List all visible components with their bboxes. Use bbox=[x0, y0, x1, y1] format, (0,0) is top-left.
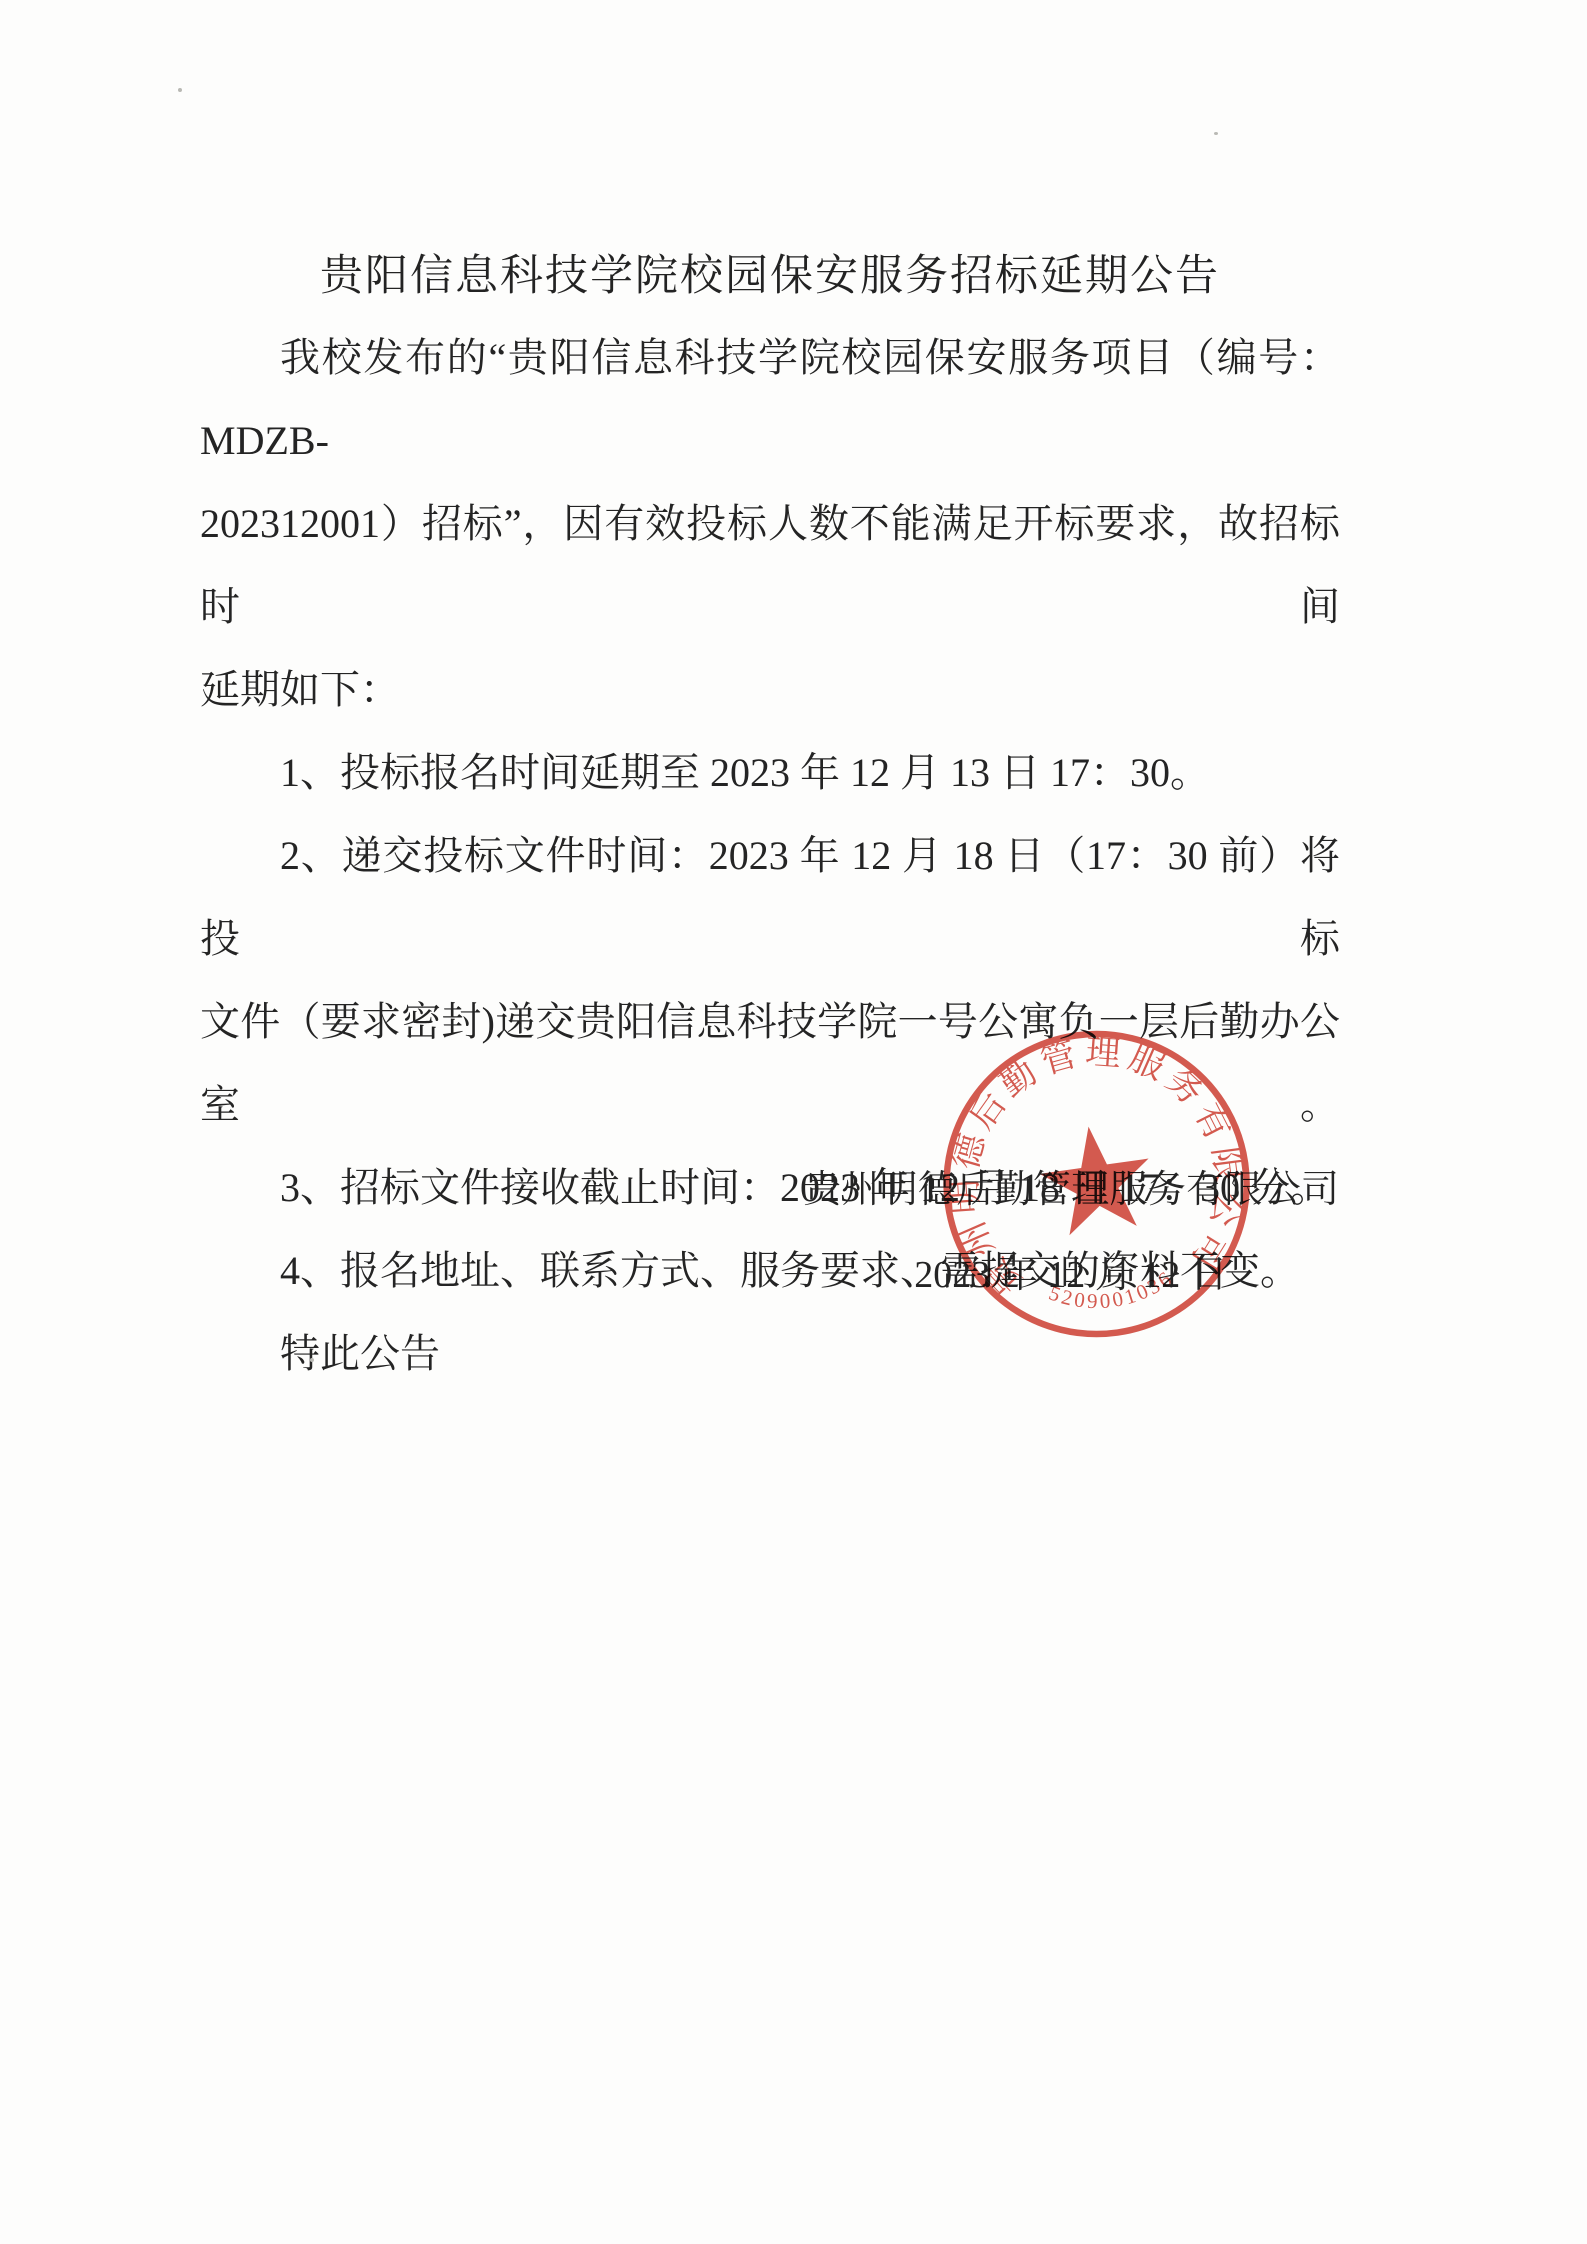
scan-speck bbox=[310, 1358, 314, 1362]
star-icon bbox=[1034, 1119, 1158, 1238]
body-line: 202312001）招标”，因有效投标人数不能满足开标要求，故招标时间 bbox=[200, 482, 1340, 648]
document-page: 贵阳信息科技学院校园保安服务招标延期公告 我校发布的“贵阳信息科技学院校园保安服… bbox=[0, 0, 1587, 2244]
body-line: 我校发布的“贵阳信息科技学院校园保安服务项目（编号：MDZB- bbox=[200, 316, 1340, 482]
document-title: 贵阳信息科技学院校园保安服务招标延期公告 bbox=[200, 242, 1340, 303]
body-line: 2、递交投标文件时间：2023 年 12 月 18 日（17：30 前）将投标 bbox=[200, 814, 1340, 980]
body-line: 1、投标报名时间延期至 2023 年 12 月 13 日 17：30。 bbox=[200, 731, 1340, 814]
scan-speck bbox=[178, 88, 182, 92]
seal-serial: 5209001036 bbox=[1043, 1263, 1181, 1321]
body-line: 延期如下： bbox=[200, 648, 1340, 731]
scan-speck bbox=[1214, 132, 1218, 135]
company-seal: 贵州明德后勤管理服务有限公司 5209001036 bbox=[901, 995, 1293, 1378]
